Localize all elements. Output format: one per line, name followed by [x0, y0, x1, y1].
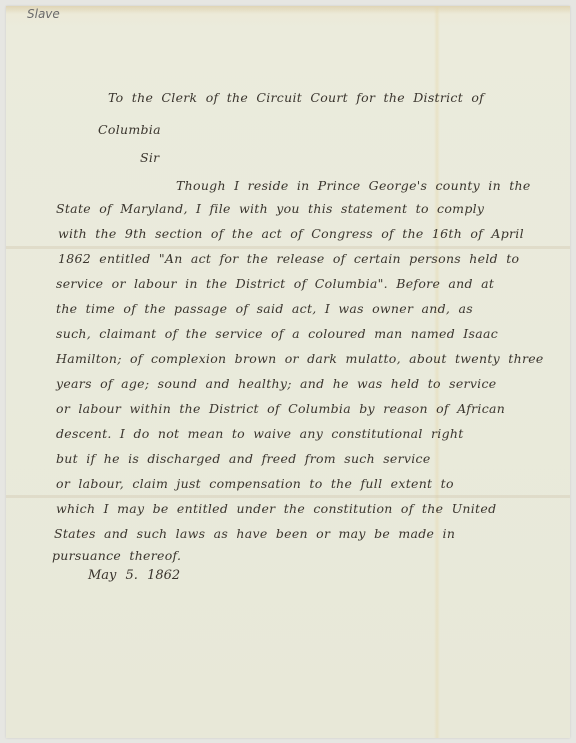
horizontal-fold-crease — [6, 246, 570, 249]
body-line: Though I reside in Prince George's count… — [176, 178, 531, 193]
horizontal-fold-crease — [6, 495, 570, 498]
address-line: Columbia — [98, 122, 161, 137]
body-line: with the 9th section of the act of Congr… — [58, 226, 524, 241]
body-line: 1862 entitled "An act for the release of… — [58, 251, 519, 266]
body-line: pursuance thereof. — [52, 548, 181, 563]
pencil-annotation: Slave — [27, 7, 60, 21]
body-line: State of Maryland, I file with you this … — [56, 201, 484, 216]
body-line: descent. I do not mean to waive any cons… — [56, 426, 464, 441]
body-line: or labour within the District of Columbi… — [56, 401, 505, 416]
body-line: service or labour in the District of Col… — [56, 276, 494, 291]
body-line: States and such laws as have been or may… — [54, 526, 455, 541]
address-line: To the Clerk of the Circuit Court for th… — [108, 90, 484, 105]
manuscript-page — [6, 6, 570, 738]
vertical-fold-crease — [434, 6, 440, 738]
letter-date: May 5. 1862 — [88, 568, 180, 583]
body-line: such, claimant of the service of a colou… — [56, 326, 498, 341]
body-line: but if he is discharged and freed from s… — [56, 451, 431, 466]
body-line: which I may be entitled under the consti… — [56, 501, 496, 516]
body-line: Hamilton; of complexion brown or dark mu… — [56, 351, 544, 366]
body-line: the time of the passage of said act, I w… — [56, 301, 473, 316]
salutation: Sir — [140, 150, 159, 165]
body-line: or labour, claim just compensation to th… — [56, 476, 454, 491]
body-line: years of age; sound and healthy; and he … — [56, 376, 496, 391]
